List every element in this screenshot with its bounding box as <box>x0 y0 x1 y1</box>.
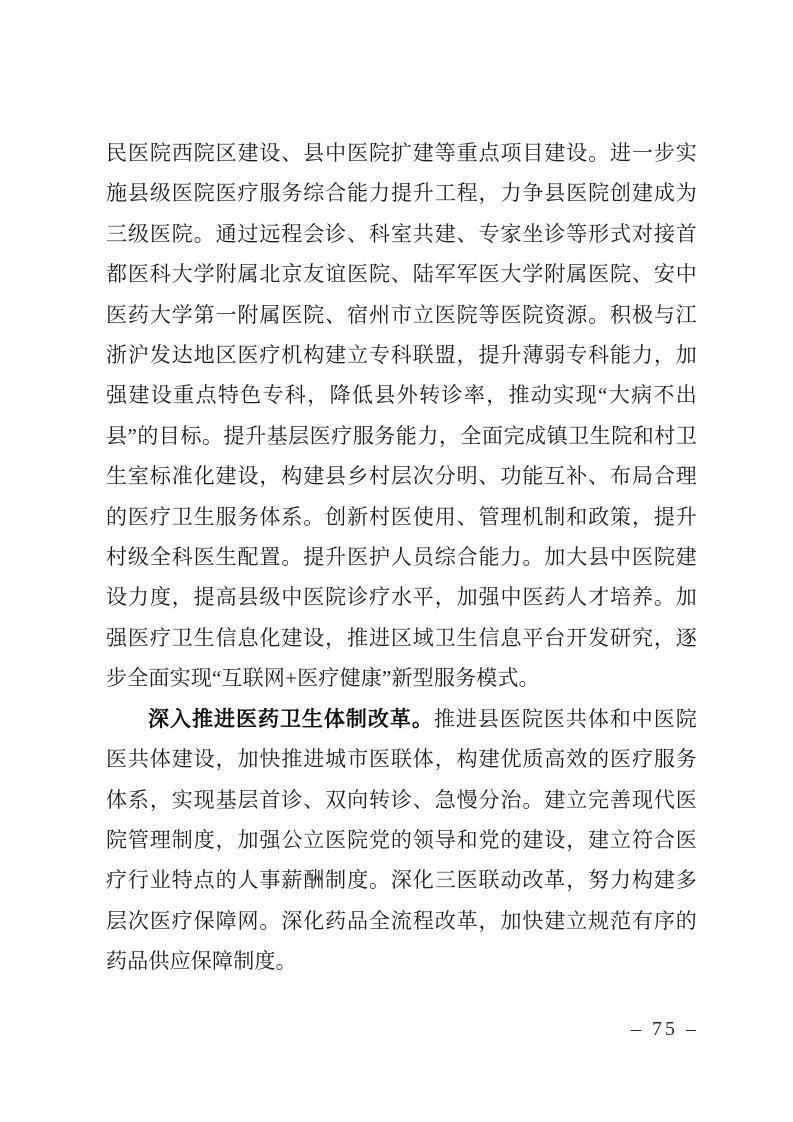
paragraph-reform-heading: 深入推进医药卫生体制改革。 <box>148 707 434 731</box>
paragraph-reform: 深入推进医药卫生体制改革。推进县医院医共体和中医院医共体建设，加快推进城市医联体… <box>106 699 697 982</box>
paragraph-reform-body: 推进县医院医共体和中医院医共体建设，加快推进城市医联体，构建优质高效的医疗服务体… <box>106 707 697 973</box>
page-number: – 75 – <box>590 1017 740 1041</box>
body-text: 民医院西院区建设、县中医院扩建等重点项目建设。进一步实施县级医院医疗服务综合能力… <box>106 133 697 982</box>
document-page: 民医院西院区建设、县中医院扩建等重点项目建设。进一步实施县级医院医疗服务综合能力… <box>0 0 793 1122</box>
paragraph-continued: 民医院西院区建设、县中医院扩建等重点项目建设。进一步实施县级医院医疗服务综合能力… <box>106 133 697 699</box>
